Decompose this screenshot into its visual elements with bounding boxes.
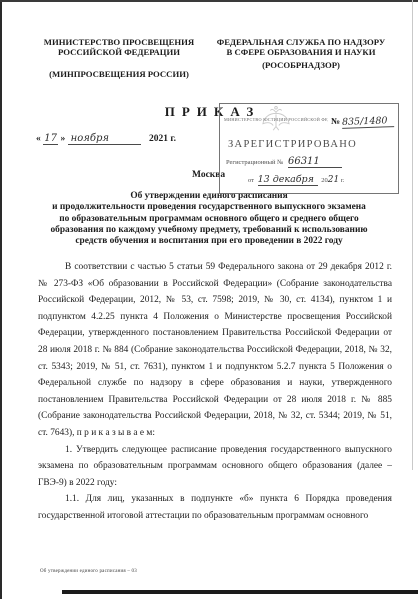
scan-edge-right <box>412 0 413 470</box>
paragraph-item-1: 1. Утвердить следующее расписание провед… <box>38 442 392 492</box>
order-year: 2021 г. <box>149 134 176 144</box>
stamp-reg-label: Регистрационный № <box>226 159 283 166</box>
open-quote: « <box>36 134 41 144</box>
letterhead-right: ФЕДЕРАЛЬНАЯ СЛУЖБА ПО НАДЗОРУ В СФЕРЕ ОБ… <box>216 37 386 79</box>
scan-edge-top <box>0 0 418 2</box>
document-page: МИНИСТЕРСТВО ПРОСВЕЩЕНИЯ РОССИЙСКОЙ ФЕДЕ… <box>0 0 418 599</box>
ministry-abbr: (МИНПРОСВЕЩЕНИЯ РОССИИ) <box>34 69 204 79</box>
agency-name: ФЕДЕРАЛЬНАЯ СЛУЖБА ПО НАДЗОРУ В СФЕРЕ ОБ… <box>216 37 386 58</box>
order-title: Об утверждении единого расписания и прод… <box>24 191 394 247</box>
stamp-reg-number-row: Регистрационный № 66311 <box>226 156 342 168</box>
order-month-handwritten: ноября <box>68 133 141 145</box>
order-body: В соответствии с частью 5 статьи 59 Феде… <box>38 259 392 525</box>
letterhead: МИНИСТЕРСТВО ПРОСВЕЩЕНИЯ РОССИЙСКОЙ ФЕДЕ… <box>34 37 386 79</box>
title-line: и продолжительности проведения государст… <box>24 202 394 213</box>
stamp-date-row: от 13 декабря 2021 г. <box>248 174 344 186</box>
stamp-registered-label: ЗАРЕГИСТРИРОВАНО <box>228 139 357 150</box>
order-number-handwritten: 835/1480 <box>342 115 394 129</box>
footer-note: Об утверждении единого расписания – 03 <box>40 569 137 574</box>
stamp-from-label: от <box>248 177 254 184</box>
scan-edge-bottom <box>62 590 418 594</box>
letterhead-left: МИНИСТЕРСТВО ПРОСВЕЩЕНИЯ РОССИЙСКОЙ ФЕДЕ… <box>34 37 204 79</box>
scan-edge-left <box>0 0 2 599</box>
number-sign: № <box>331 116 340 126</box>
order-day-handwritten: 17 <box>43 133 58 145</box>
stamp-reg-number-handwritten: 66311 <box>288 156 342 168</box>
paragraph-preamble: В соответствии с частью 5 статьи 59 Феде… <box>38 259 392 442</box>
title-line: образования по каждому учебному предмету… <box>24 225 394 236</box>
order-number: № 835/1480 <box>331 116 394 128</box>
stamp-ministry-line: МИНИСТЕРСТВО ЮСТИЦИИ РОССИЙСКОЙ ФЕДЕРАЦИ… <box>224 117 328 122</box>
stamp-year-suffix: г. <box>341 177 345 184</box>
agency-abbr: (РОСОБРНАДЗОР) <box>216 60 386 70</box>
stamp-year-handwritten: 21 <box>328 175 339 185</box>
stamp-date-handwritten: 13 декабря <box>258 174 318 186</box>
title-line: по образовательным программам основного … <box>24 214 394 225</box>
title-line: средств обучения и воспитания при его пр… <box>24 236 394 247</box>
close-quote: » <box>61 134 66 144</box>
ministry-name: МИНИСТЕРСТВО ПРОСВЕЩЕНИЯ РОССИЙСКОЙ ФЕДЕ… <box>34 37 204 58</box>
paragraph-item-1-1: 1.1. Для лиц, указанных в подпункте «б» … <box>38 491 392 524</box>
order-date: « 17 » ноября 2021 г. <box>36 133 176 145</box>
